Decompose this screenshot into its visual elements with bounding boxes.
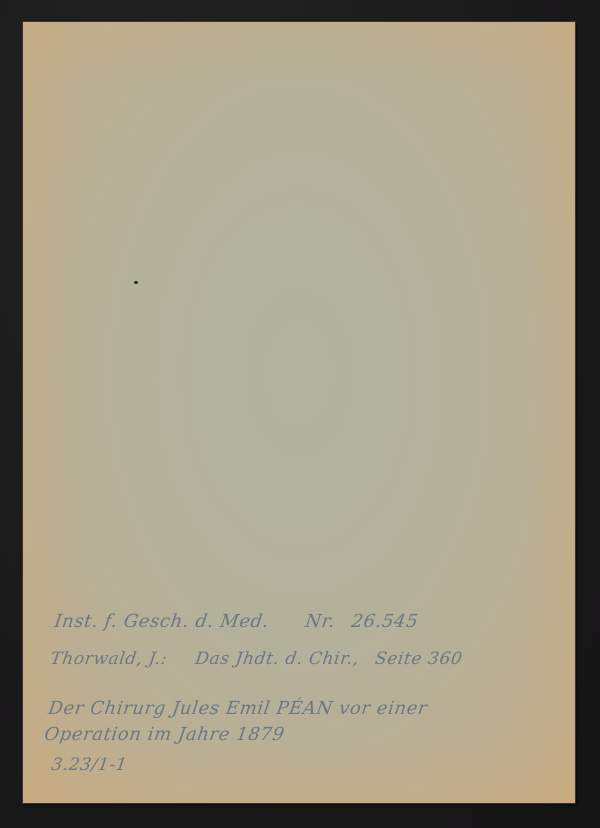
annotation-caption-line-2: Operation im Jahre 1879 bbox=[43, 724, 286, 745]
institution-text: Inst. f. Gesch. d. Med. bbox=[53, 611, 271, 632]
annotation-line-source: Thorwald, J.: Das Jhdt. d. Chir., Seite … bbox=[49, 649, 464, 669]
paper-speck bbox=[134, 281, 138, 284]
source-title: Das Jhdt. d. Chir., bbox=[194, 649, 361, 669]
source-author: Thorwald, J.: bbox=[49, 649, 169, 669]
annotation-line-institution: Inst. f. Gesch. d. Med. Nr. 26.545 bbox=[53, 611, 420, 632]
source-page: Seite 360 bbox=[374, 649, 464, 669]
paper-sheet: Inst. f. Gesch. d. Med. Nr. 26.545 Thorw… bbox=[23, 22, 575, 803]
number-label: Nr. bbox=[304, 611, 337, 632]
annotation-shelfmark: 3.23/1-1 bbox=[50, 755, 129, 775]
number-value: 26.545 bbox=[350, 611, 420, 632]
annotation-caption-line-1: Der Chirurg Jules Emil PÉAN vor einer bbox=[47, 698, 429, 719]
